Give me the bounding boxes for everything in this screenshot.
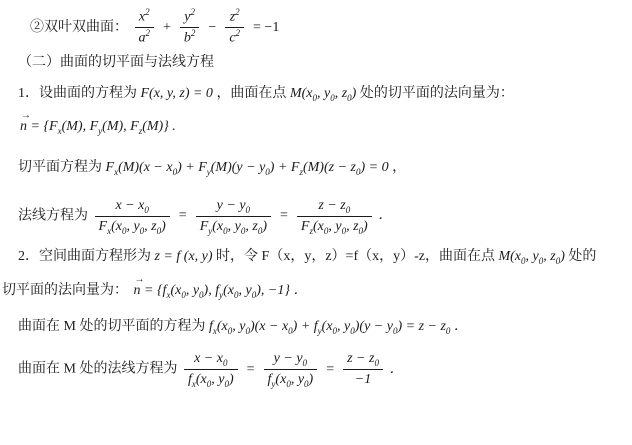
- fraction-y: y − y0Fy(x0, y0, z0): [196, 197, 271, 236]
- denominator: Fx(x0, y0, z0): [95, 216, 170, 236]
- item-2-text-post: 处的: [568, 249, 596, 264]
- fraction-y2-b2: y2b2: [180, 8, 200, 47]
- tangent-plane-2-equation: fx(x0, y0)(x − x0) + fy(x0, y0)(y − y0) …: [209, 319, 450, 334]
- vector-arrow-icon: →: [135, 273, 144, 287]
- item-1-text-post: 处的切平面的法向量为：: [360, 86, 514, 101]
- plus-operator: +: [163, 20, 171, 35]
- tangent-plane-tail: ，: [392, 160, 406, 175]
- numerator: y − y0: [196, 197, 271, 216]
- vector-n: →n: [134, 282, 141, 301]
- point-M: M(x0, y0, z0): [498, 249, 564, 264]
- numerator: y − y0: [264, 350, 318, 369]
- tangent-plane-2-tail: ．: [454, 319, 468, 334]
- item-2-text-mid: 时，令 F（x，y，z）=f（x，y）-z，曲面在点: [216, 249, 495, 264]
- z-equals-f-equation: z = f (x, y): [155, 249, 213, 264]
- equals-operator: =: [179, 208, 187, 223]
- fraction-z: z − z0Fz(x0, y0, z0): [297, 197, 372, 236]
- item-2-text-pre: 2．空间曲面方程形为: [18, 249, 155, 264]
- denominator: Fz(x0, y0, z0): [297, 216, 372, 236]
- tangent-plane-eq2-line: 曲面在 M 处的切平面的方程为 fx(x0, y0)(x − x0) + fy(…: [0, 318, 632, 337]
- denominator: −1: [343, 369, 383, 389]
- equals-operator: =: [247, 362, 255, 377]
- denominator: a2: [135, 27, 155, 47]
- section-title: （二）曲面的切平面与法线方程: [18, 55, 214, 70]
- hyperboloid-label: ②双叶双曲面：: [30, 20, 128, 35]
- normal-line-equation: x − x0Fx(x0, y0, z0)=y − y0Fy(x0, y0, z0…: [92, 208, 393, 223]
- vector-arrow-icon: →: [21, 109, 30, 123]
- fraction-z2-c2: z2c2: [225, 8, 244, 47]
- fraction-x: x − x0fx(x0, y0): [184, 350, 238, 389]
- surface-equation: F(x, y, z) = 0: [141, 86, 213, 101]
- numerator: z − z0: [343, 350, 383, 369]
- denominator: c2: [225, 27, 244, 47]
- numerator: z − z0: [297, 197, 372, 216]
- equals-operator: =: [326, 362, 334, 377]
- normal-vector-components: = {fx(x0, y0), fy(x0, y0), −1}: [141, 283, 290, 298]
- fraction-z: z − z0−1: [343, 350, 383, 388]
- item-1-line: 1．设曲面的方程为 F(x, y, z) = 0 ，曲面在点 M(x0, y0,…: [0, 85, 632, 104]
- tangent-plane-2-label: 曲面在 M 处的切平面的方程为: [18, 319, 209, 334]
- item-2-continuation-line: 切平面的法向量为： →n = {fx(x0, y0), fy(x0, y0), …: [0, 276, 632, 301]
- tangent-plane-eq-line: 切平面方程为 Fx(M)(x − x0) + Fy(M)(y − y0) + F…: [0, 159, 632, 178]
- hyperboloid-line: ②双叶双曲面： x2a2+y2b2−z2c2= −1: [0, 8, 632, 47]
- fraction-x: x − x0Fx(x0, y0, z0): [95, 197, 170, 236]
- denominator: fx(x0, y0): [184, 369, 238, 389]
- denominator: Fy(x0, y0, z0): [196, 216, 271, 236]
- equals-operator: =: [280, 208, 288, 223]
- normal-line-2-equation: x − x0fx(x0, y0)=y − y0fy(x0, y0)=z − z0…: [181, 362, 404, 377]
- item-2-line: 2．空间曲面方程形为 z = f (x, y) 时，令 F（x，y，z）=f（x…: [0, 248, 632, 267]
- normal-vector-components: = {Fx(M), Fy(M), Fz(M)} .: [27, 119, 176, 134]
- numerator: z2: [225, 8, 244, 27]
- normal-vector-line: →n = {Fx(M), Fy(M), Fz(M)} .: [0, 112, 632, 137]
- document-page: ②双叶双曲面： x2a2+y2b2−z2c2= −1 （二）曲面的切平面与法线方…: [0, 0, 632, 445]
- normal-vector-formula-2: →n = {fx(x0, y0), fy(x0, y0), −1} ．: [132, 283, 308, 298]
- normal-line-2-label: 曲面在 M 处的法线方程为: [18, 362, 181, 377]
- fraction-x2-a2: x2a2: [135, 8, 155, 47]
- normal-line-eq-line: 法线方程为 x − x0Fx(x0, y0, z0)=y − y0Fy(x0, …: [0, 197, 632, 236]
- numerator: y2: [180, 8, 200, 27]
- section-heading: （二）曲面的切平面与法线方程: [0, 54, 632, 73]
- numerator: x2: [135, 8, 155, 27]
- tangent-plane-label: 切平面方程为: [18, 160, 106, 175]
- item-2-continuation-text: 切平面的法向量为：: [2, 283, 128, 298]
- numerator: x − x0: [95, 197, 170, 216]
- item-1-text-mid: ，曲面在点: [216, 86, 286, 101]
- fraction-y: y − y0fy(x0, y0): [264, 350, 318, 389]
- normal-line-label: 法线方程为: [18, 208, 92, 223]
- denominator: b2: [180, 27, 200, 47]
- formula-tail: ．: [290, 283, 308, 298]
- item-1-text-pre: 1．设曲面的方程为: [18, 86, 141, 101]
- point-M: M(x0, y0, z0): [290, 86, 356, 101]
- equals-rhs: = −1: [253, 20, 279, 35]
- hyperboloid-formula: x2a2+y2b2−z2c2= −1: [132, 20, 286, 35]
- tangent-plane-equation: Fx(M)(x − x0) + Fy(M)(y − y0) + Fz(M)(z …: [106, 160, 389, 175]
- minus-operator: −: [208, 20, 216, 35]
- numerator: x − x0: [184, 350, 238, 369]
- normal-line-2-tail: ．: [386, 362, 404, 377]
- normal-vector-formula: →n = {Fx(M), Fy(M), Fz(M)} .: [18, 119, 176, 134]
- normal-line-eq2-line: 曲面在 M 处的法线方程为 x − x0fx(x0, y0)=y − y0fy(…: [0, 350, 632, 389]
- vector-n: →n: [20, 118, 27, 137]
- denominator: fy(x0, y0): [264, 369, 318, 389]
- normal-line-tail: ．: [375, 208, 393, 223]
